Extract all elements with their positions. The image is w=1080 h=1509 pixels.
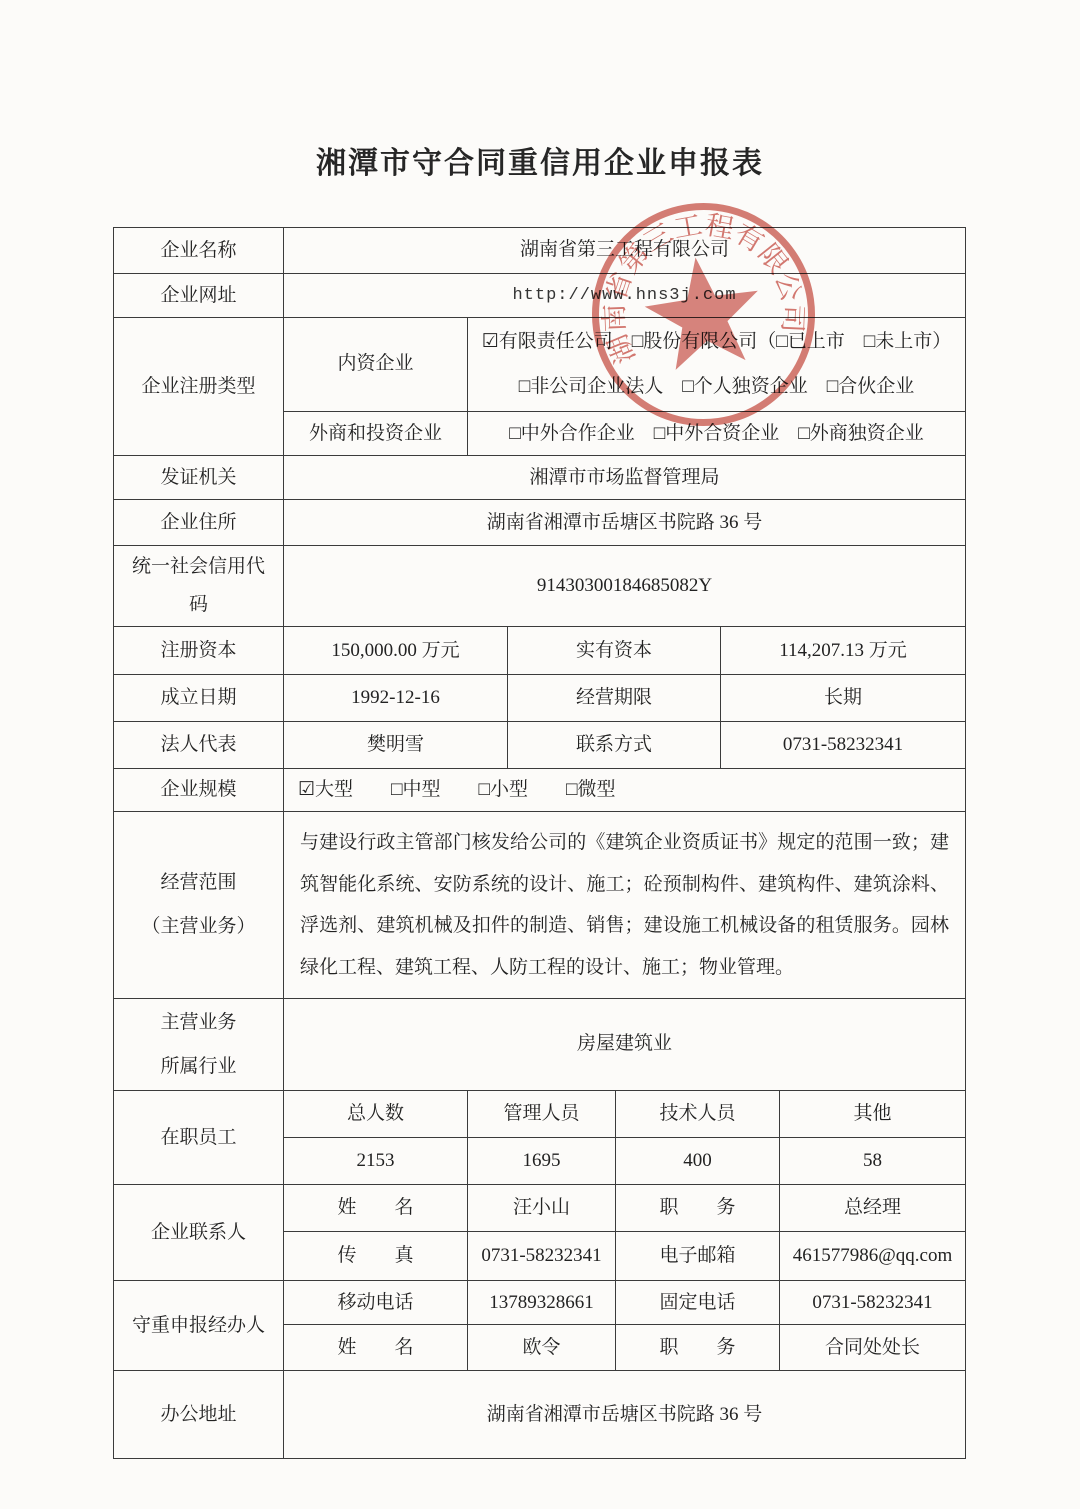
actual-capital-value: 114,207.13 万元 xyxy=(721,627,966,675)
office-address-label: 办公地址 xyxy=(114,1371,284,1459)
issuer-value: 湘潭市市场监督管理局 xyxy=(284,456,966,500)
issuer-label: 发证机关 xyxy=(114,456,284,500)
row-business-scope: 经营范围 （主营业务） 与建设行政主管部门核发给公司的《建筑企业资质证书》规定的… xyxy=(114,812,966,999)
row-enterprise-name: 企业名称 湖南省第三工程有限公司 xyxy=(114,228,966,274)
employees-total-value: 2153 xyxy=(284,1138,468,1185)
credit-code-value: 91430300184685082Y xyxy=(284,546,966,627)
agent-label: 守重申报经办人 xyxy=(114,1281,284,1371)
row-website: 企业网址 http://www.hns3j.com xyxy=(114,274,966,318)
business-scope-label-line1: 经营范围 xyxy=(129,861,268,905)
agent-landline-label: 固定电话 xyxy=(616,1281,780,1325)
row-founded: 成立日期 1992-12-16 经营期限 长期 xyxy=(114,675,966,722)
website-value: http://www.hns3j.com xyxy=(284,274,966,318)
application-form-table: 企业名称 湖南省第三工程有限公司 企业网址 http://www.hns3j.c… xyxy=(113,227,966,1459)
domestic-checkbox-line1: ☑有限责任公司 □股份有限公司（□已上市 □未上市） xyxy=(474,320,959,365)
employees-header-total: 总人数 xyxy=(284,1091,468,1138)
row-capital: 注册资本 150,000.00 万元 实有资本 114,207.13 万元 xyxy=(114,627,966,675)
row-legal-rep: 法人代表 樊明雪 联系方式 0731-58232341 xyxy=(114,722,966,769)
foreign-enterprise-label: 外商和投资企业 xyxy=(284,412,468,456)
agent-title-value: 合同处处长 xyxy=(780,1325,966,1371)
row-issuer: 发证机关 湘潭市市场监督管理局 xyxy=(114,456,966,500)
contact-title-label: 职 务 xyxy=(616,1185,780,1232)
business-scope-label: 经营范围 （主营业务） xyxy=(114,812,284,999)
row-employees-header: 在职员工 总人数 管理人员 技术人员 其他 xyxy=(114,1091,966,1138)
employees-label: 在职员工 xyxy=(114,1091,284,1185)
business-term-label: 经营期限 xyxy=(508,675,721,722)
website-label: 企业网址 xyxy=(114,274,284,318)
industry-value: 房屋建筑业 xyxy=(284,998,966,1090)
row-industry: 主营业务 所属行业 房屋建筑业 xyxy=(114,998,966,1090)
company-address-label: 企业住所 xyxy=(114,500,284,546)
contact-method-label: 联系方式 xyxy=(508,722,721,769)
row-office-address: 办公地址 湖南省湘潭市岳塘区书院路 36 号 xyxy=(114,1371,966,1459)
row-agent-1: 守重申报经办人 移动电话 13789328661 固定电话 0731-58232… xyxy=(114,1281,966,1325)
domestic-checkbox-line2: □非公司企业法人 □个人独资企业 □合伙企业 xyxy=(474,365,959,410)
row-company-address: 企业住所 湖南省湘潭市岳塘区书院路 36 号 xyxy=(114,500,966,546)
company-scale-checkboxes: ☑大型 □中型 □小型 □微型 xyxy=(284,769,966,812)
company-address-value: 湖南省湘潭市岳塘区书院路 36 号 xyxy=(284,500,966,546)
enterprise-name-value: 湖南省第三工程有限公司 xyxy=(284,228,966,274)
registered-capital-label: 注册资本 xyxy=(114,627,284,675)
row-company-scale: 企业规模 ☑大型 □中型 □小型 □微型 xyxy=(114,769,966,812)
contact-title-value: 总经理 xyxy=(780,1185,966,1232)
agent-mobile-label: 移动电话 xyxy=(284,1281,468,1325)
business-term-value: 长期 xyxy=(721,675,966,722)
employees-header-management: 管理人员 xyxy=(468,1091,616,1138)
agent-name-label: 姓 名 xyxy=(284,1325,468,1371)
actual-capital-label: 实有资本 xyxy=(508,627,721,675)
employees-header-other: 其他 xyxy=(780,1091,966,1138)
enterprise-name-label: 企业名称 xyxy=(114,228,284,274)
registration-type-label: 企业注册类型 xyxy=(114,318,284,456)
employees-other-value: 58 xyxy=(780,1138,966,1185)
contact-method-value: 0731-58232341 xyxy=(721,722,966,769)
industry-label-line2: 所属行业 xyxy=(129,1045,268,1089)
contact-email-label: 电子邮箱 xyxy=(616,1232,780,1281)
registered-capital-value: 150,000.00 万元 xyxy=(284,627,508,675)
contact-label: 企业联系人 xyxy=(114,1185,284,1281)
row-credit-code: 统一社会信用代码 91430300184685082Y xyxy=(114,546,966,627)
contact-email-value: 461577986@qq.com xyxy=(780,1232,966,1281)
page-title: 湘潭市守合同重信用企业申报表 xyxy=(0,138,1080,182)
row-contact-1: 企业联系人 姓 名 汪小山 职 务 总经理 xyxy=(114,1185,966,1232)
row-registration-domestic: 企业注册类型 内资企业 ☑有限责任公司 □股份有限公司（□已上市 □未上市） □… xyxy=(114,318,966,412)
founded-date-value: 1992-12-16 xyxy=(284,675,508,722)
business-scope-text: 与建设行政主管部门核发给公司的《建筑企业资质证书》规定的范围一致；建筑智能化系统… xyxy=(284,812,966,999)
contact-fax-label: 传 真 xyxy=(284,1232,468,1281)
founded-date-label: 成立日期 xyxy=(114,675,284,722)
foreign-checkbox-line: □中外合作企业 □中外合资企业 □外商独资企业 xyxy=(468,412,966,456)
domestic-checkbox-cell: ☑有限责任公司 □股份有限公司（□已上市 □未上市） □非公司企业法人 □个人独… xyxy=(468,318,966,412)
office-address-value: 湖南省湘潭市岳塘区书院路 36 号 xyxy=(284,1371,966,1459)
employees-header-technical: 技术人员 xyxy=(616,1091,780,1138)
credit-code-label: 统一社会信用代码 xyxy=(114,546,284,627)
agent-name-value: 欧令 xyxy=(468,1325,616,1371)
agent-landline-value: 0731-58232341 xyxy=(780,1281,966,1325)
contact-name-value: 汪小山 xyxy=(468,1185,616,1232)
legal-rep-label: 法人代表 xyxy=(114,722,284,769)
agent-title-label: 职 务 xyxy=(616,1325,780,1371)
contact-name-label: 姓 名 xyxy=(284,1185,468,1232)
domestic-enterprise-label: 内资企业 xyxy=(284,318,468,412)
contact-fax-value: 0731-58232341 xyxy=(468,1232,616,1281)
industry-label-line1: 主营业务 xyxy=(129,1001,268,1045)
document-sheet: 湘潭市守合同重信用企业申报表 企业名称 湖南省第三工程有限公司 企业网址 htt… xyxy=(0,0,1080,1509)
agent-mobile-value: 13789328661 xyxy=(468,1281,616,1325)
employees-technical-value: 400 xyxy=(616,1138,780,1185)
industry-label: 主营业务 所属行业 xyxy=(114,998,284,1090)
business-scope-label-line2: （主营业务） xyxy=(129,905,268,949)
legal-rep-value: 樊明雪 xyxy=(284,722,508,769)
employees-management-value: 1695 xyxy=(468,1138,616,1185)
company-scale-label: 企业规模 xyxy=(114,769,284,812)
